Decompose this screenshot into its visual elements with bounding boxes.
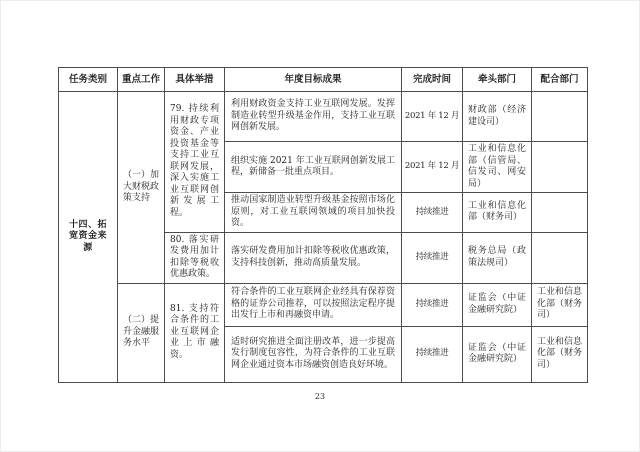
support-dept-cell xyxy=(532,142,588,193)
target-cell: 组织实施 2021 年工业互联网创新发展工程，新储备一批重点项目。 xyxy=(225,142,402,193)
lead-dept-cell: 工业和信息化部（财务司） xyxy=(463,193,532,233)
lead-dept-cell: 税务总局（政策法规司） xyxy=(463,232,532,283)
work-plan-table: 任务类别 重点工作 具体举措 年度目标成果 完成时间 牵头部门 配合部门 十四、… xyxy=(58,67,588,383)
measure-cell-81: 81. 支持符合条件的工业互联网企业上市融资。 xyxy=(165,283,225,382)
key-work-cell-1: （一）加大财税政策支持 xyxy=(118,92,165,284)
header-lead-department: 牵头部门 xyxy=(463,68,532,92)
lead-dept-cell: 工业和信息化部（信管局、信发司、网安局） xyxy=(463,142,532,193)
deadline-cell: 持续推进 xyxy=(402,283,463,326)
target-cell: 适时研究推进全面注册改革，进一步提高发行制度包容性，为符合条件的工业互联网企业通… xyxy=(225,326,402,382)
header-annual-targets: 年度目标成果 xyxy=(225,68,402,92)
deadline-cell: 持续推进 xyxy=(402,326,463,382)
lead-dept-cell: 财政部（经济建设司） xyxy=(463,92,532,142)
task-category-cell: 十四、拓宽资金来源 xyxy=(59,92,118,383)
table-row: （二）提升金融服务水平 81. 支持符合条件的工业互联网企业上市融资。 符合条件… xyxy=(59,283,588,326)
table-header-row: 任务类别 重点工作 具体举措 年度目标成果 完成时间 牵头部门 配合部门 xyxy=(59,68,588,92)
deadline-cell: 持续推进 xyxy=(402,193,463,233)
header-deadline: 完成时间 xyxy=(402,68,463,92)
support-dept-cell xyxy=(532,232,588,283)
target-cell: 推动国家制造业转型升级基金按照市场化原则，对工业互联网领域的项目加快投资。 xyxy=(225,193,402,233)
support-dept-cell xyxy=(532,92,588,142)
deadline-cell: 2021 年 12 月 xyxy=(402,142,463,193)
lead-dept-cell: 证监会（中证金融研究院） xyxy=(463,283,532,326)
measure-cell-79: 79. 持续利用财政专项资金、产业投资基金等支持工业互联网发展，深入实施工业互联… xyxy=(165,92,225,233)
support-dept-cell: 工业和信息化部（财务司） xyxy=(532,283,588,326)
document-page: { "page_number": "23", "table": { "heade… xyxy=(0,0,640,452)
target-cell: 符合条件的工业互联网企业经具有保荐资格的证券公司推荐，可以按照法定程序提出发行上… xyxy=(225,283,402,326)
target-cell: 利用财政资金支持工业互联网发展。发挥制造业转型升级基金作用，支持工业互联网创新发… xyxy=(225,92,402,142)
header-task-category: 任务类别 xyxy=(59,68,118,92)
lead-dept-cell: 证监会（中证金融研究院） xyxy=(463,326,532,382)
support-dept-cell xyxy=(532,193,588,233)
header-key-work: 重点工作 xyxy=(118,68,165,92)
support-dept-cell: 工业和信息化部（财务司） xyxy=(532,326,588,382)
table-row: 十四、拓宽资金来源 （一）加大财税政策支持 79. 持续利用财政专项资金、产业投… xyxy=(59,92,588,142)
deadline-cell: 2021 年 12 月 xyxy=(402,92,463,142)
key-work-cell-2: （二）提升金融服务水平 xyxy=(118,283,165,382)
header-support-department: 配合部门 xyxy=(532,68,588,92)
deadline-cell: 持续推进 xyxy=(402,232,463,283)
header-measures: 具体举措 xyxy=(165,68,225,92)
target-cell: 落实研发费用加计扣除等税收优惠政策，支持科技创新，推动高质量发展。 xyxy=(225,232,402,283)
page-number: 23 xyxy=(1,392,639,401)
measure-cell-80: 80. 落实研发费用加计扣除等税收优惠政策。 xyxy=(165,232,225,283)
